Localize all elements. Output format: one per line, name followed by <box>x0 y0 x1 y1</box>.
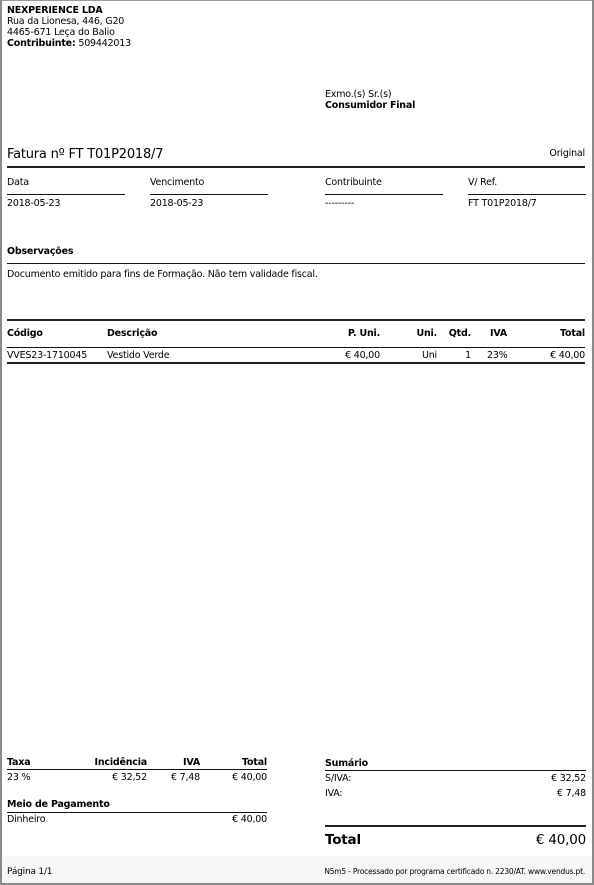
col-qty: Qtd. <box>449 328 471 339</box>
client-name: Consumidor Final <box>325 100 415 111</box>
col-base: Incidência <box>95 757 148 768</box>
summary-divider <box>325 770 586 771</box>
document-title: Fatura nº FT T01P2018/7 <box>7 147 163 162</box>
company-name: NEXPERIENCE LDA <box>7 5 131 16</box>
col-code: Código <box>7 328 43 339</box>
payment-title: Meio de Pagamento <box>7 799 110 810</box>
cell-rate: 23 % <box>7 772 30 783</box>
observations-title: Observações <box>7 246 73 257</box>
summary-row-vat: IVA: € 7,48 <box>325 788 586 801</box>
meta-due-date: Vencimento 2018-05-23 <box>150 177 268 209</box>
cell-unit: Uni <box>422 350 437 361</box>
client-block: Exmo.(s) Sr.(s) Consumidor Final <box>325 89 415 111</box>
page-number: Página 1/1 <box>7 867 52 877</box>
copy-label: Original <box>549 148 585 159</box>
tax-header-divider <box>7 769 267 770</box>
table-row: VVES23-1710045 Vestido Verde € 40,00 Uni… <box>7 350 585 362</box>
cell-total: € 40,00 <box>550 350 585 361</box>
items-table-top-border <box>7 319 585 321</box>
company-tax-label: Contribuinte: <box>7 38 76 49</box>
company-block: NEXPERIENCE LDA Rua da Lionesa, 446, G20… <box>7 5 131 49</box>
meta-value: --------- <box>325 198 443 209</box>
summary-value: € 7,48 <box>557 788 586 799</box>
summary-value: € 32,52 <box>551 773 586 784</box>
meta-label: Contribuinte <box>325 177 443 192</box>
meta-label: Vencimento <box>150 177 268 192</box>
items-table-header: Código Descrição P. Uni. Uni. Qtd. IVA T… <box>7 328 585 342</box>
cell-description: Vestido Verde <box>107 350 169 361</box>
col-vat: IVA <box>490 328 507 339</box>
grand-total-label: Total <box>325 832 361 848</box>
items-header-divider <box>7 347 585 348</box>
meta-value: FT T01P2018/7 <box>468 198 586 209</box>
payment-amount: € 40,00 <box>232 814 267 825</box>
meta-divider <box>468 194 586 195</box>
summary-label: IVA: <box>325 788 342 799</box>
cell-vat: € 7,48 <box>171 772 200 783</box>
meta-label: Data <box>7 177 125 192</box>
title-divider <box>7 166 585 168</box>
col-unit: Uni. <box>416 328 437 339</box>
page-footer: Página 1/1 N5m5 - Processado por program… <box>2 856 592 883</box>
col-description: Descrição <box>107 328 157 339</box>
certification-note: N5m5 - Processado por programa certifica… <box>324 867 585 876</box>
meta-label: V/ Ref. <box>468 177 586 192</box>
grand-total-value: € 40,00 <box>536 832 586 848</box>
meta-reference: V/ Ref. FT T01P2018/7 <box>468 177 586 209</box>
col-total: Total <box>560 328 585 339</box>
total-divider <box>325 825 586 827</box>
company-tax-line: Contribuinte: 509442013 <box>7 38 131 49</box>
col-vat: IVA <box>183 757 200 768</box>
summary-title: Sumário <box>325 758 368 769</box>
payment-method: Dinheiro <box>7 814 45 825</box>
cell-vat: 23% <box>487 350 508 361</box>
meta-value: 2018-05-23 <box>150 198 268 209</box>
summary-label: S/IVA: <box>325 773 351 784</box>
items-table-bottom-border <box>7 362 585 364</box>
cell-code: VVES23-1710045 <box>7 350 87 361</box>
col-unit-price: P. Uni. <box>348 328 380 339</box>
cell-base: € 32,52 <box>112 772 147 783</box>
col-total: Total <box>242 757 267 768</box>
invoice-page <box>0 0 594 885</box>
cell-total: € 40,00 <box>232 772 267 783</box>
observations-divider <box>7 263 585 264</box>
cell-unit-price: € 40,00 <box>345 350 380 361</box>
table-row: 23 % € 32,52 € 7,48 € 40,00 <box>7 772 267 785</box>
meta-divider <box>150 194 268 195</box>
meta-value: 2018-05-23 <box>7 198 125 209</box>
meta-taxpayer: Contribuinte --------- <box>325 177 443 209</box>
company-address-line2: 4465-671 Leça do Balio <box>7 27 131 38</box>
meta-divider <box>325 194 443 195</box>
grand-total: Total € 40,00 <box>325 832 586 850</box>
cell-qty: 1 <box>465 350 471 361</box>
company-tax-id: 509442013 <box>78 38 131 49</box>
summary-row-net: S/IVA: € 32,52 <box>325 773 586 786</box>
payment-row: Dinheiro € 40,00 <box>7 814 267 827</box>
payment-divider <box>7 812 267 813</box>
client-salutation: Exmo.(s) Sr.(s) <box>325 89 415 100</box>
company-address-line1: Rua da Lionesa, 446, G20 <box>7 16 131 27</box>
observations-text: Documento emitido para fins de Formação.… <box>7 269 318 280</box>
col-rate: Taxa <box>7 757 30 768</box>
meta-divider <box>7 194 125 195</box>
meta-date: Data 2018-05-23 <box>7 177 125 209</box>
